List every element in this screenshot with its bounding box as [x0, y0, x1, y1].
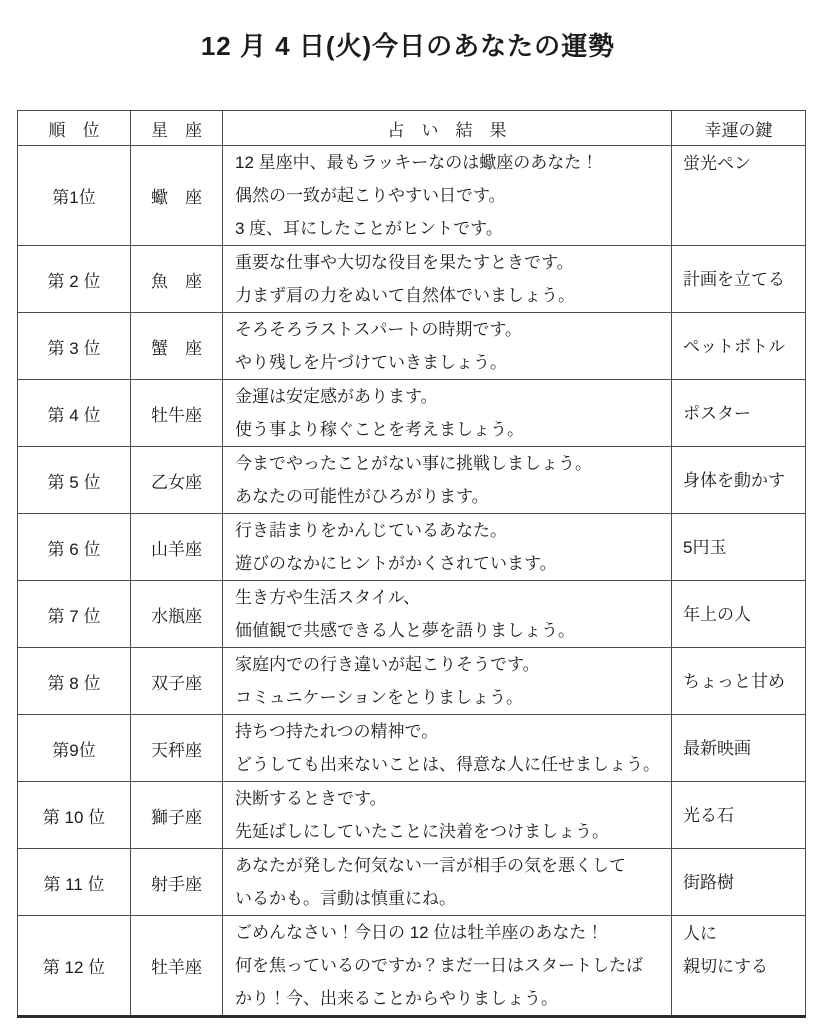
rank-cell: 第 12 位: [18, 916, 131, 1017]
table-row: 第 3 位 蟹 座 そろそろラストスパートの時期です。 やり残しを片づけていきま…: [18, 313, 806, 380]
sign-cell: 蠍 座: [131, 146, 223, 246]
fortune-line: 12 星座中、最もラッキーなのは蠍座のあなた！: [235, 146, 663, 179]
fortune-cell: そろそろラストスパートの時期です。 やり残しを片づけていきましょう。: [223, 313, 672, 380]
table-header-row: 順 位 星 座 占 い 結 果 幸運の鍵: [18, 111, 806, 146]
sign-cell: 魚 座: [131, 246, 223, 313]
lucky-line: 蛍光ペン: [683, 147, 801, 180]
table-row: 第 11 位 射手座 あなたが発した何気ない一言が相手の気を悪くして いるかも。…: [18, 849, 806, 916]
rank-cell: 第9位: [18, 715, 131, 782]
fortune-line: 重要な仕事や大切な役目を果たすときです。: [235, 246, 663, 279]
table-row: 第 10 位 獅子座 決断するときです。 先延ばしにしていたことに決着をつけまし…: [18, 782, 806, 849]
fortune-cell: ごめんなさい！今日の 12 位は牡羊座のあなた！ 何を焦っているのですか？まだ一…: [223, 916, 672, 1017]
fortune-line: 家庭内での行き違いが起こりそうです。: [235, 648, 663, 681]
header-lucky: 幸運の鍵: [672, 111, 806, 146]
fortune-cell: 今までやったことがない事に挑戦しましょう。 あなたの可能性がひろがります。: [223, 447, 672, 514]
header-sign: 星 座: [131, 111, 223, 146]
lucky-cell: 人に 親切にする: [672, 916, 806, 1017]
sign-cell: 山羊座: [131, 514, 223, 581]
table-row: 第 12 位 牡羊座 ごめんなさい！今日の 12 位は牡羊座のあなた！ 何を焦っ…: [18, 916, 806, 1017]
lucky-cell: 最新映画: [672, 715, 806, 782]
fortune-line: 使う事より稼ぐことを考えましょう。: [235, 413, 663, 446]
sign-cell: 牡羊座: [131, 916, 223, 1017]
rank-cell: 第 7 位: [18, 581, 131, 648]
lucky-line: 年上の人: [683, 598, 801, 631]
fortune-line: 生き方や生活スタイル、: [235, 581, 663, 614]
page-title: 12 月 4 日(火)今日のあなたの運勢: [0, 0, 816, 63]
sign-cell: 双子座: [131, 648, 223, 715]
table-row: 第9位 天秤座 持ちつ持たれつの精神で。 どうしても出来ないことは、得意な人に任…: [18, 715, 806, 782]
sign-cell: 獅子座: [131, 782, 223, 849]
rank-cell: 第 6 位: [18, 514, 131, 581]
table-row: 第 7 位 水瓶座 生き方や生活スタイル、 価値観で共感できる人と夢を語りましょ…: [18, 581, 806, 648]
lucky-line: 5円玉: [683, 531, 801, 564]
fortune-line: 3 度、耳にしたことがヒントです。: [235, 212, 663, 245]
fortune-line: ごめんなさい！今日の 12 位は牡羊座のあなた！: [235, 916, 663, 949]
fortune-line: そろそろラストスパートの時期です。: [235, 313, 663, 346]
fortune-line: 力まず肩の力をぬいて自然体でいましょう。: [235, 279, 663, 312]
fortune-line: あなたの可能性がひろがります。: [235, 480, 663, 513]
header-result: 占 い 結 果: [223, 111, 672, 146]
lucky-line: 親切にする: [683, 950, 801, 983]
rank-cell: 第 10 位: [18, 782, 131, 849]
table-row: 第 8 位 双子座 家庭内での行き違いが起こりそうです。 コミュニケーションをと…: [18, 648, 806, 715]
lucky-cell: 街路樹: [672, 849, 806, 916]
fortune-line: あなたが発した何気ない一言が相手の気を悪くして: [235, 849, 663, 882]
fortune-line: コミュニケーションをとりましょう。: [235, 681, 663, 714]
fortune-line: やり残しを片づけていきましょう。: [235, 346, 663, 379]
lucky-cell: ポスター: [672, 380, 806, 447]
lucky-line: 計画を立てる: [683, 263, 801, 296]
lucky-line: 光る石: [683, 799, 801, 832]
document-page: 12 月 4 日(火)今日のあなたの運勢 順 位 星 座 占 い 結 果 幸運の…: [0, 0, 816, 63]
fortune-cell: 決断するときです。 先延ばしにしていたことに決着をつけましょう。: [223, 782, 672, 849]
rank-cell: 第 5 位: [18, 447, 131, 514]
rank-cell: 第 8 位: [18, 648, 131, 715]
fortune-line: 今までやったことがない事に挑戦しましょう。: [235, 447, 663, 480]
rank-cell: 第 11 位: [18, 849, 131, 916]
sign-cell: 射手座: [131, 849, 223, 916]
header-rank: 順 位: [18, 111, 131, 146]
sign-cell: 天秤座: [131, 715, 223, 782]
lucky-line: ちょっと甘め: [683, 665, 801, 698]
table-row: 第 2 位 魚 座 重要な仕事や大切な役目を果たすときです。 力まず肩の力をぬい…: [18, 246, 806, 313]
fortune-cell: あなたが発した何気ない一言が相手の気を悪くして いるかも。言動は慎重にね。: [223, 849, 672, 916]
table-row: 第 6 位 山羊座 行き詰まりをかんじているあなた。 遊びのなかにヒントがかくさ…: [18, 514, 806, 581]
rank-cell: 第1位: [18, 146, 131, 246]
fortune-line: 行き詰まりをかんじているあなた。: [235, 514, 663, 547]
fortune-line: 決断するときです。: [235, 782, 663, 815]
lucky-cell: 5円玉: [672, 514, 806, 581]
table-row: 第 4 位 牡牛座 金運は安定感があります。 使う事より稼ぐことを考えましょう。…: [18, 380, 806, 447]
sign-cell: 水瓶座: [131, 581, 223, 648]
sign-cell: 蟹 座: [131, 313, 223, 380]
rank-cell: 第 4 位: [18, 380, 131, 447]
table-row: 第1位 蠍 座 12 星座中、最もラッキーなのは蠍座のあなた！ 偶然の一致が起こ…: [18, 146, 806, 246]
lucky-line: ペットボトル: [683, 330, 801, 363]
fortune-line: 金運は安定感があります。: [235, 380, 663, 413]
lucky-cell: 計画を立てる: [672, 246, 806, 313]
fortune-line: 遊びのなかにヒントがかくされています。: [235, 547, 663, 580]
fortune-cell: 重要な仕事や大切な役目を果たすときです。 力まず肩の力をぬいて自然体でいましょう…: [223, 246, 672, 313]
horoscope-table: 順 位 星 座 占 い 結 果 幸運の鍵 第1位 蠍 座 12 星座中、最もラッ…: [17, 110, 806, 1018]
fortune-cell: 持ちつ持たれつの精神で。 どうしても出来ないことは、得意な人に任せましょう。: [223, 715, 672, 782]
fortune-cell: 12 星座中、最もラッキーなのは蠍座のあなた！ 偶然の一致が起こりやすい日です。…: [223, 146, 672, 246]
lucky-line: 最新映画: [683, 732, 801, 765]
fortune-line: 先延ばしにしていたことに決着をつけましょう。: [235, 815, 663, 848]
lucky-cell: 身体を動かす: [672, 447, 806, 514]
fortune-cell: 金運は安定感があります。 使う事より稼ぐことを考えましょう。: [223, 380, 672, 447]
lucky-line: 身体を動かす: [683, 464, 801, 497]
fortune-cell: 生き方や生活スタイル、 価値観で共感できる人と夢を語りましょう。: [223, 581, 672, 648]
fortune-line: どうしても出来ないことは、得意な人に任せましょう。: [235, 748, 663, 781]
fortune-line: 何を焦っているのですか？まだ一日はスタートしたば: [235, 949, 663, 982]
fortune-line: 持ちつ持たれつの精神で。: [235, 715, 663, 748]
lucky-line: 人に: [683, 917, 801, 950]
lucky-cell: 年上の人: [672, 581, 806, 648]
rank-cell: 第 2 位: [18, 246, 131, 313]
lucky-line: ポスター: [683, 397, 801, 430]
table-row: 第 5 位 乙女座 今までやったことがない事に挑戦しましょう。 あなたの可能性が…: [18, 447, 806, 514]
fortune-line: かり！今、出来ることからやりましょう。: [235, 982, 663, 1015]
fortune-line: いるかも。言動は慎重にね。: [235, 882, 663, 915]
fortune-line: 偶然の一致が起こりやすい日です。: [235, 179, 663, 212]
fortune-line: 価値観で共感できる人と夢を語りましょう。: [235, 614, 663, 647]
lucky-cell: ペットボトル: [672, 313, 806, 380]
rank-cell: 第 3 位: [18, 313, 131, 380]
lucky-line: 街路樹: [683, 866, 801, 899]
fortune-cell: 家庭内での行き違いが起こりそうです。 コミュニケーションをとりましょう。: [223, 648, 672, 715]
sign-cell: 乙女座: [131, 447, 223, 514]
sign-cell: 牡牛座: [131, 380, 223, 447]
lucky-cell: 光る石: [672, 782, 806, 849]
fortune-cell: 行き詰まりをかんじているあなた。 遊びのなかにヒントがかくされています。: [223, 514, 672, 581]
lucky-cell: 蛍光ペン: [672, 146, 806, 246]
lucky-cell: ちょっと甘め: [672, 648, 806, 715]
